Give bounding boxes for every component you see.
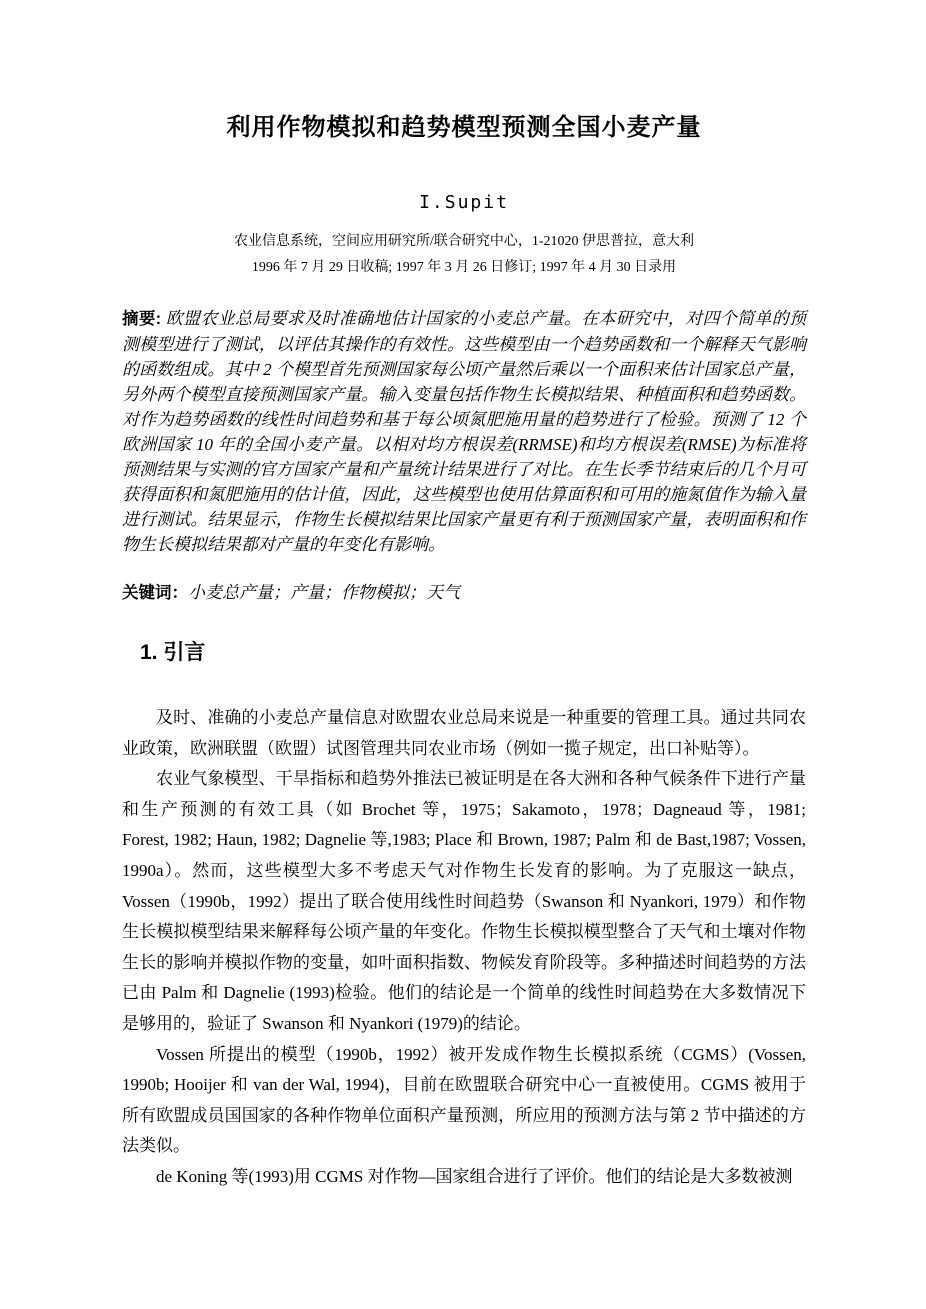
paper-title: 利用作物模拟和趋势模型预测全国小麦产量 xyxy=(122,112,806,144)
keywords-block: 关键词：小麦总产量；产量；作物模拟；天气 xyxy=(122,580,806,606)
intro-paragraph-1: 及时、准确的小麦总产量信息对欧盟农业总局来说是一种重要的管理工具。通过共同农业政… xyxy=(122,703,806,764)
intro-paragraph-4: de Koning 等(1993)用 CGMS 对作物—国家组合进行了评价。他们… xyxy=(122,1162,806,1193)
abstract-text: 欧盟农业总局要求及时准确地估计国家的小麦总产量。在本研究中，对四个简单的预测模型… xyxy=(122,309,806,554)
introduction-section: 及时、准确的小麦总产量信息对欧盟农业总局来说是一种重要的管理工具。通过共同农业政… xyxy=(122,703,806,1193)
author-affiliation: 农业信息系统，空间应用研究所/联合研究中心，1-21020 伊思普拉，意大利 xyxy=(122,233,806,251)
section-heading-introduction: 1. 引言 xyxy=(140,639,806,667)
abstract-block: 摘要: 欧盟农业总局要求及时准确地估计国家的小麦总产量。在本研究中，对四个简单的… xyxy=(122,306,806,557)
keywords-label: 关键词： xyxy=(122,584,188,602)
abstract-label: 摘要: xyxy=(122,310,161,328)
author-name: I.Supit xyxy=(122,192,806,214)
paper-page: 利用作物模拟和趋势模型预测全国小麦产量 I.Supit 农业信息系统，空间应用研… xyxy=(0,0,926,1309)
submission-dates: 1996 年 7 月 29 日收稿; 1997 年 3 月 26 日修订; 19… xyxy=(122,259,806,277)
keywords-text: 小麦总产量；产量；作物模拟；天气 xyxy=(188,583,460,602)
intro-paragraph-3: Vossen 所提出的模型（1990b，1992）被开发成作物生长模拟系统（CG… xyxy=(122,1040,806,1162)
intro-paragraph-2: 农业气象模型、干旱指标和趋势外推法已被证明是在各大洲和各种气候条件下进行产量和生… xyxy=(122,764,806,1039)
